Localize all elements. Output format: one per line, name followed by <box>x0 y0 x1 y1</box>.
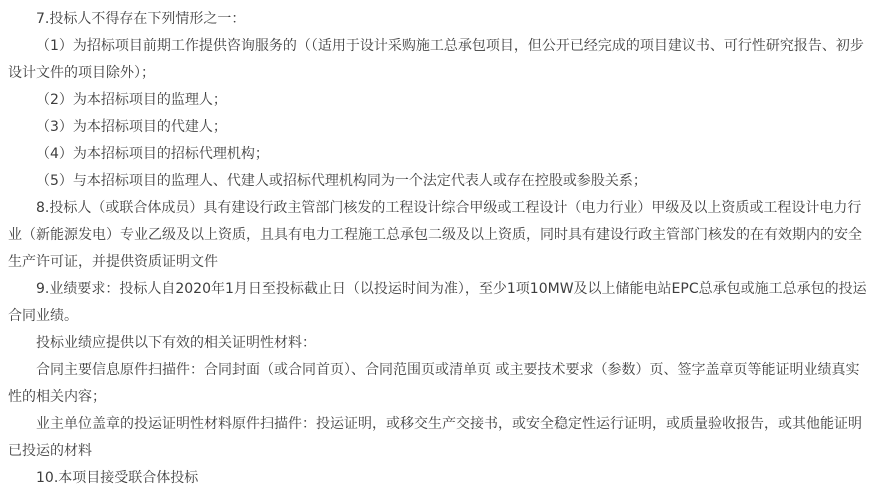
paragraph-clause-7-item-5: （5）与本招标项目的监理人、代建人或招标代理机构同为一个法定代表人或存在控股或参… <box>8 168 869 195</box>
paragraph-clause-9: 9.业绩要求：投标人自2020年1月日至投标截止日（以投运时间为准），至少1项1… <box>8 276 869 330</box>
paragraph-clause-7-item-1: （1）为招标项目前期工作提供咨询服务的（（适用于设计采购施工总承包项目，但公开已… <box>8 33 869 87</box>
paragraph-clause-7-item-3: （3）为本招标项目的代建人； <box>8 114 869 141</box>
document-body: 7.投标人不得存在下列情形之一： （1）为招标项目前期工作提供咨询服务的（（适用… <box>0 0 877 484</box>
paragraph-clause-7-item-2: （2）为本招标项目的监理人； <box>8 87 869 114</box>
paragraph-clause-7-item-4: （4）为本招标项目的招标代理机构； <box>8 141 869 168</box>
paragraph-clause-10: 10.本项目接受联合体投标 <box>8 465 869 484</box>
paragraph-clause-8: 8.投标人（或联合体成员）具有建设行政主管部门核发的工程设计综合甲级或工程设计（… <box>8 195 869 276</box>
paragraph-clause-9-note: 投标业绩应提供以下有效的相关证明性材料： <box>8 330 869 357</box>
paragraph-clause-7: 7.投标人不得存在下列情形之一： <box>8 6 869 33</box>
paragraph-clause-9-material-2: 业主单位盖章的投运证明性材料原件扫描件：投运证明，或移交生产交接书，或安全稳定性… <box>8 411 869 465</box>
document-page: 7.投标人不得存在下列情形之一： （1）为招标项目前期工作提供咨询服务的（（适用… <box>0 0 877 484</box>
paragraph-clause-9-material-1: 合同主要信息原件扫描件：合同封面（或合同首页）、合同范围页或清单页 或主要技术要… <box>8 357 869 411</box>
